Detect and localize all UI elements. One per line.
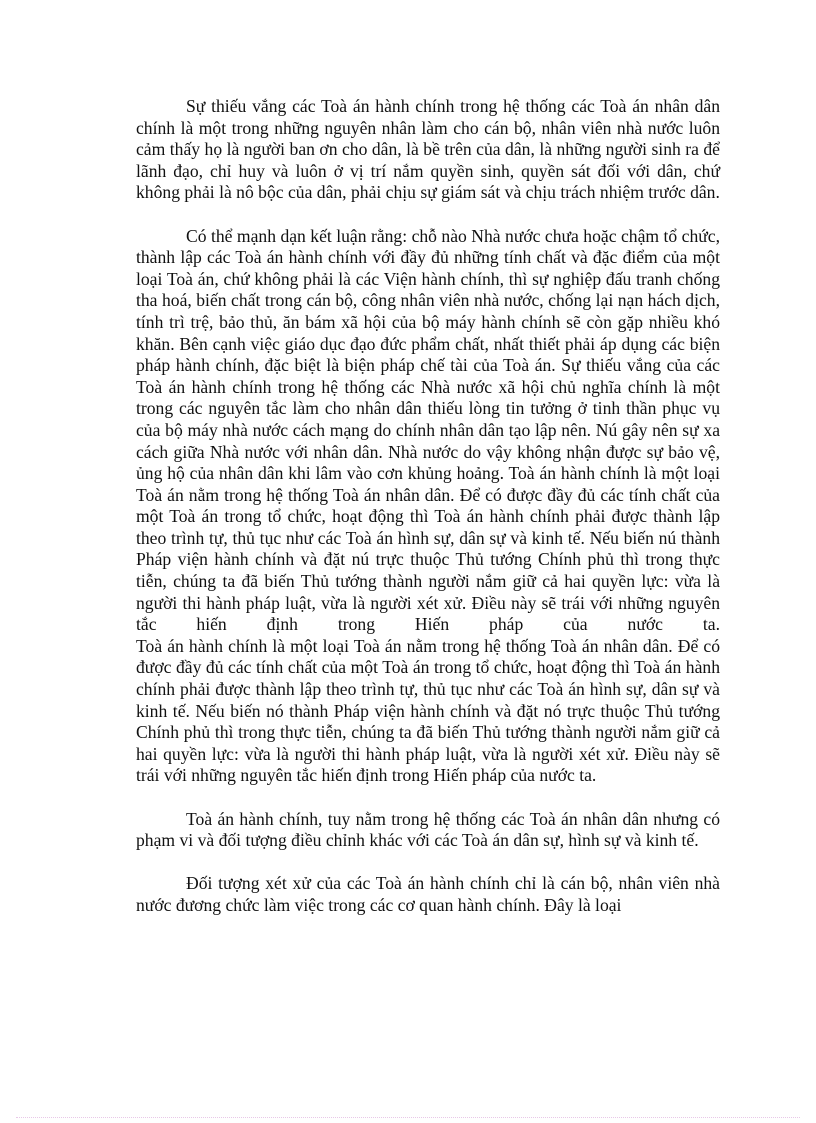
paragraph-2: Có thể mạnh dạn kết luận rằng: chỗ nào N… — [136, 226, 720, 636]
paragraph-4: Đối tượng xét xử của các Toà án hành chí… — [136, 873, 720, 916]
paragraph-2-continuation: Toà án hành chính là một loại Toà án nằm… — [136, 636, 720, 787]
paragraph-1: Sự thiếu vắng các Toà án hành chính tron… — [136, 96, 720, 204]
paragraph-3: Toà án hành chính, tuy nằm trong hệ thốn… — [136, 809, 720, 852]
paragraph-2-part-2: Toà án hành chính là một loại Toà án nằm… — [136, 636, 720, 787]
paragraph-2-part-1: Có thể mạnh dạn kết luận rằng: chỗ nào N… — [136, 226, 720, 636]
page-bottom-divider — [16, 1117, 800, 1118]
document-page: Sự thiếu vắng các Toà án hành chính tron… — [136, 96, 720, 938]
